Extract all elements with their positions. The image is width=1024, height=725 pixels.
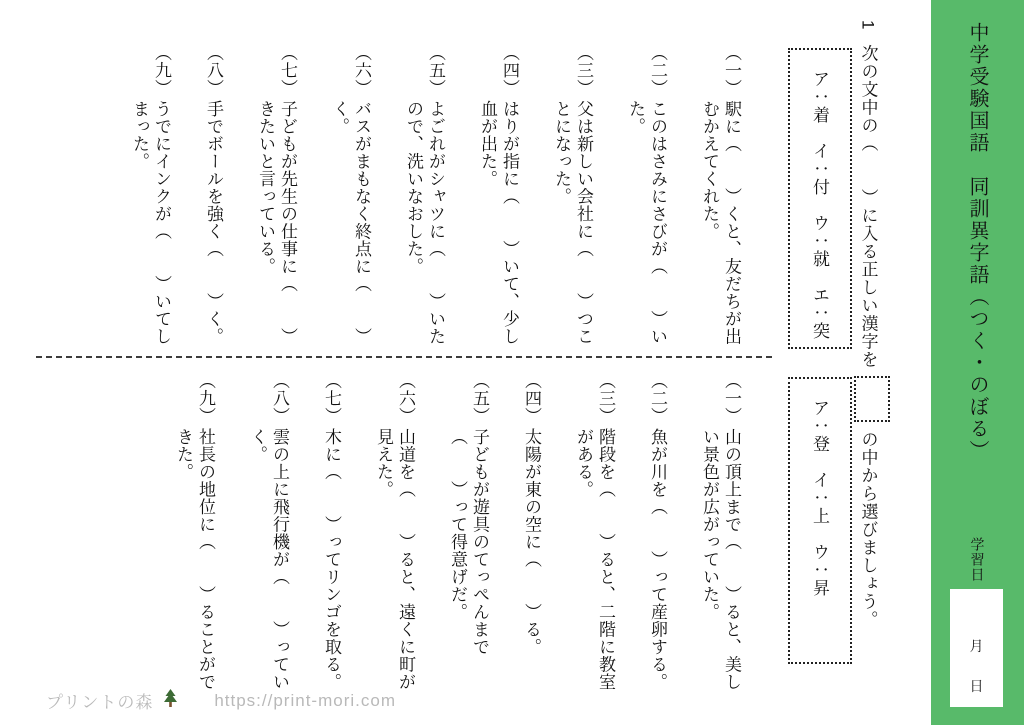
question-item: （七）木に（ ）ってリンゴを取る。 [320, 372, 342, 702]
title-banner: 中学受験国語 同訓異字語（つく・のぼる） 学習日 月 日 [931, 0, 1024, 725]
question-number: （五） [424, 44, 446, 100]
question-number: （四） [520, 372, 542, 428]
question-number: （八） [202, 44, 224, 100]
question-item: （八）雲の上に飛行機が（ ）っていく。 [246, 372, 290, 702]
question-text: うでにインクが（ ）いてしまった。 [130, 100, 171, 345]
choices-box-noboru: ア：登 イ：上 ウ：昇 [788, 377, 852, 664]
study-date-label: 学習日 [968, 537, 988, 582]
question-item: （四）はりが指に（ ）いて、少し血が出た。 [476, 44, 520, 357]
tree-icon [163, 689, 178, 712]
question-text: よごれがシャツに（ ）いたので、洗いなおした。 [404, 100, 445, 345]
question-number: （六） [394, 372, 416, 428]
question-number: （六） [350, 44, 372, 100]
instruction-text-after: の中から選びましょう。 [859, 430, 878, 628]
question-number: （九） [150, 44, 172, 100]
question-number: （九） [194, 372, 216, 428]
question-number: （三） [594, 372, 616, 428]
question-text: 手でボールを強く（ ）く。 [204, 100, 223, 345]
question-item: （三）父は新しい会社に（ ）つことになった。 [550, 44, 594, 357]
question-text: バスがまもなく終点に（ ）く。 [330, 100, 371, 345]
question-item: （一）駅に（ ）くと、友だちが出むかえてくれた。 [698, 44, 742, 357]
choices-text-tsuku: ア：着 イ：付 ウ：就 エ：突 [807, 70, 832, 340]
question-text: このはさみにさびが（ ）いた。 [626, 100, 667, 345]
page-title: 中学受験国語 同訓異字語（つく・のぼる） [963, 22, 992, 462]
footer: プリントの森 https://print-mori.com [46, 688, 396, 713]
choice-box-placeholder [854, 376, 890, 422]
question-number: （四） [498, 44, 520, 100]
question-item: （三）階段を（ ）ると、二階に教室がある。 [572, 372, 616, 702]
question-text: 木に（ ）ってリンゴを取る。 [322, 428, 341, 691]
question-text: 階段を（ ）ると、二階に教室がある。 [574, 428, 615, 691]
question-number: （一） [720, 44, 742, 100]
question-text: 子どもが遊具のてっぺんまで（ ）って得意げだ。 [448, 428, 489, 656]
question-text: 魚が川を（ ）って産卵する。 [648, 428, 667, 691]
question-number: （五） [468, 372, 490, 428]
question-number: （一） [720, 372, 742, 428]
question-text: はりが指に（ ）いて、少し血が出た。 [478, 100, 519, 345]
question-item: （九）うでにインクが（ ）いてしまった。 [128, 44, 172, 357]
question-item: （四）太陽が東の空に（ ）る。 [520, 372, 542, 702]
question-item: （九）社長の地位に（ ）ることができた。 [172, 372, 216, 702]
site-url: https://print-mori.com [214, 691, 396, 711]
question-item: （六）バスがまもなく終点に（ ）く。 [328, 44, 372, 357]
question-text: 子どもが先生の仕事に（ ）きたいと言っている。 [256, 100, 297, 345]
question-item: （五）よごれがシャツに（ ）いたので、洗いなおした。 [402, 44, 446, 357]
question-section-noboru: （一）山の頂上まで（ ）ると、美しい景色が広がっていた。 （二）魚が川を（ ）っ… [126, 372, 742, 702]
question-number: （二） [646, 44, 668, 100]
question-text: 山の頂上まで（ ）ると、美しい景色が広がっていた。 [700, 428, 741, 691]
day-label: 日 [970, 676, 984, 696]
question-text: 雲の上に飛行機が（ ）っていく。 [248, 428, 289, 691]
question-number: （三） [572, 44, 594, 100]
question-text: 太陽が東の空に（ ）る。 [522, 428, 541, 656]
question-number: （七） [276, 44, 298, 100]
question-item: （二）魚が川を（ ）って産卵する。 [646, 372, 668, 702]
question-number: （七） [320, 372, 342, 428]
question-item: （一）山の頂上まで（ ）ると、美しい景色が広がっていた。 [698, 372, 742, 702]
instruction-number: 1 [859, 20, 878, 30]
question-text: 駅に（ ）くと、友だちが出むかえてくれた。 [700, 100, 741, 345]
section-divider [36, 356, 772, 358]
question-item: （六）山道を（ ）ると、遠くに町が見えた。 [372, 372, 416, 702]
question-text: 山道を（ ）ると、遠くに町が見えた。 [374, 428, 415, 691]
date-entry-box: 月 日 [950, 589, 1003, 707]
choices-box-tsuku: ア：着 イ：付 ウ：就 エ：突 [788, 48, 852, 349]
question-item: （五）子どもが遊具のてっぺんまで（ ）って得意げだ。 [446, 372, 490, 702]
question-number: （八） [268, 372, 290, 428]
question-item: （二）このはさみにさびが（ ）いた。 [624, 44, 668, 357]
question-item: （八）手でボールを強く（ ）く。 [202, 44, 224, 357]
instruction-text-before: 次の文中の（ ）に入る正しい漢字を [859, 44, 878, 368]
instruction: 1次の文中の（ ）に入る正しい漢字をの中から選びましょう。 [854, 20, 890, 700]
choices-text-noboru: ア：登 イ：上 ウ：昇 [807, 399, 832, 597]
question-number: （二） [646, 372, 668, 428]
question-text: 父は新しい会社に（ ）つことになった。 [552, 100, 593, 345]
question-text: 社長の地位に（ ）ることができた。 [174, 428, 215, 691]
question-item: （七）子どもが先生の仕事に（ ）きたいと言っている。 [254, 44, 298, 357]
site-name: プリントの森 [46, 688, 153, 713]
month-label: 月 [970, 636, 984, 656]
question-section-tsuku: （一）駅に（ ）くと、友だちが出むかえてくれた。 （二）このはさみにさびが（ ）… [126, 44, 742, 357]
